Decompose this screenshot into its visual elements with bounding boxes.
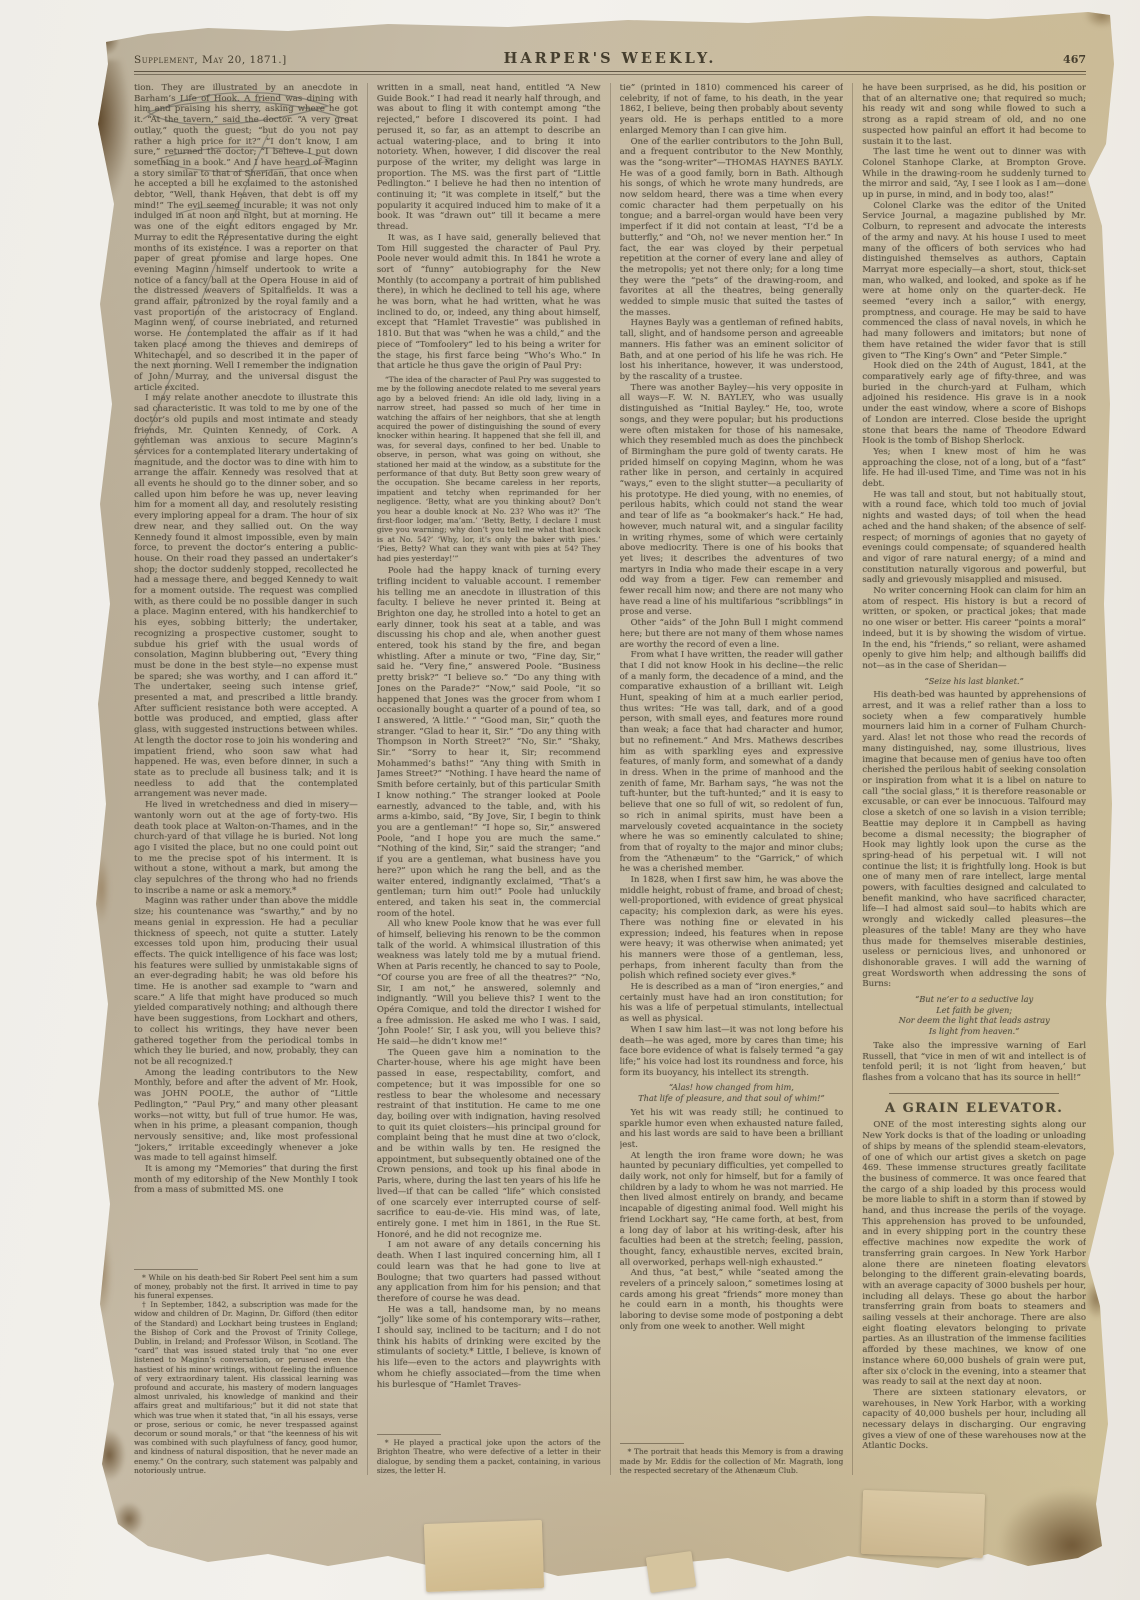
paragraph: Yet his wit was ready still; he continue… [620,1108,844,1151]
paragraph: ONE of the most interesting sights along… [862,1120,1086,1388]
verse-quote: “Alas! how changed from him, That life o… [628,1082,836,1103]
stain [92,854,110,924]
tape-fragment [861,1490,985,1558]
paragraph: “The idea of the character of Paul Pry w… [377,375,601,563]
paragraph: One of the earlier contributors to the J… [620,137,844,319]
paragraph: Poole had the happy knack of turning eve… [377,566,601,919]
column-2-footnotes: * He played a practical joke upon the ac… [377,1428,601,1475]
masthead-date: Supplement, May 20, 1871.] [134,54,504,66]
paragraph: All who knew Poole know that he was ever… [377,919,601,1047]
tape-fragment [424,1520,544,1592]
paragraph: Hook died on the 24th of August, 1841, a… [862,361,1086,447]
paragraph: He lived in wretchedness and died in mis… [134,800,358,896]
paragraph: When I saw him last—it was not long befo… [620,1025,844,1079]
divider-rule [889,1093,1059,1094]
paragraph: Haynes Bayly was a gentleman of refined … [620,318,844,382]
stain [92,1429,126,1481]
column-1-footnotes: * While on his death-bed Sir Robert Peel… [134,1263,358,1475]
paragraph: I may relate another anecdote to illustr… [134,393,358,800]
column-4-body: he have been surprised, as he did, his p… [862,83,1086,1473]
stain [1000,1490,1120,1582]
paragraph: he have been surprised, as he did, his p… [862,83,1086,147]
stain [84,60,130,208]
divider-rule [377,1434,441,1435]
footnote: * The portrait that heads this Memory is… [620,1447,844,1475]
paragraph: There was another Bayley—his very opposi… [620,383,844,618]
verse-quote: “Seize his last blanket.” [870,676,1078,687]
column-1-body: tion. They are illustrated by an anecdot… [134,83,358,1263]
paragraph: written in a small, neat hand, entitled … [377,83,601,233]
masthead: Supplement, May 20, 1871.] HARPER'S WEEK… [134,50,1086,67]
column-3-footnotes: * The portrait that heads this Memory is… [620,1437,844,1475]
column-layout: tion. They are illustrated by an anecdot… [134,83,1086,1475]
column-1: tion. They are illustrated by an anecdot… [134,83,358,1475]
paragraph: tion. They are illustrated by an anecdot… [134,83,358,393]
page-content: Supplement, May 20, 1871.] HARPER'S WEEK… [134,50,1086,1475]
paragraph: Other “aids” of the John Bull I might co… [620,618,844,650]
paragraph: The last time he went out to dinner was … [862,147,1086,201]
paragraph: From what I have written, the reader wil… [620,650,844,875]
paragraph: Among the leading contributors to the Ne… [134,1068,358,1164]
newspaper-page: Supplement, May 20, 1871.] HARPER'S WEEK… [88,4,1118,1594]
column-2: written in a small, neat hand, entitled … [367,83,601,1475]
masthead-rule-thin [134,74,1086,75]
tape-fragment [646,1551,697,1593]
paragraph: Take also the impressive warning of Earl… [862,1041,1086,1084]
column-3-body: tie” (printed in 1810) commenced his car… [620,83,844,1437]
column-4-footnotes [862,1473,1086,1475]
paragraph: No writer concerning Hook can claim for … [862,586,1086,672]
paragraph: There are sixteen stationary elevators, … [862,1388,1086,1452]
paragraph: At length the iron frame wore down; he w… [620,1151,844,1269]
masthead-title: HARPER'S WEEKLY. [504,50,717,67]
column-2-body: written in a small, neat hand, entitled … [377,83,601,1428]
footnote: * He played a practical joke upon the ac… [377,1438,601,1475]
paragraph: Yes; when I knew most of him he was appr… [862,447,1086,490]
paragraph: It was, as I have said, generally believ… [377,233,601,372]
masthead-rule-thick [134,71,1086,72]
article-heading-grain-elevator: A GRAIN ELEVATOR. [862,1104,1086,1115]
paragraph: He is described as a man of “iron energi… [620,982,844,1025]
paragraph: tie” (printed in 1810) commenced his car… [620,83,844,137]
column-3: tie” (printed in 1810) commenced his car… [610,83,844,1475]
footnote: † In September, 1842, a subscription was… [134,1300,358,1475]
paragraph: His death-bed was haunted by apprehensio… [862,690,1086,990]
footnote: * While on his death-bed Sir Robert Peel… [134,1273,358,1301]
paragraph: And thus, “at best,” while “seated among… [620,1268,844,1332]
column-4: he have been surprised, as he did, his p… [852,83,1086,1475]
divider-rule [134,1269,198,1270]
paragraph: I am not aware of any details concerning… [377,1240,601,1304]
stain [90,1229,112,1319]
paragraph: In 1828, when I first saw him, he was ab… [620,875,844,982]
paragraph: He was a tall, handsome man, by no means… [377,1305,601,1391]
verse-quote: “But ne’er to a seductive lay Let faith … [870,994,1078,1037]
stain [1084,2,1120,28]
paragraph: It is among my “Memories” that during th… [134,1164,358,1196]
paragraph: Colonel Clarke was the editor of the Uni… [862,201,1086,362]
stain [1084,1279,1110,1319]
page-number: 467 [716,53,1086,66]
stain [90,22,120,56]
paragraph: He was tall and stout, but not habituall… [862,490,1086,586]
paragraph: The Queen gave him a nomination to the C… [377,1048,601,1241]
stain [114,1502,144,1536]
scan-background: { "masthead":{ "left":"Supplement, May 2… [0,0,1140,1600]
paragraph: Maginn was rather under than above the m… [134,896,358,1067]
divider-rule [620,1443,684,1444]
